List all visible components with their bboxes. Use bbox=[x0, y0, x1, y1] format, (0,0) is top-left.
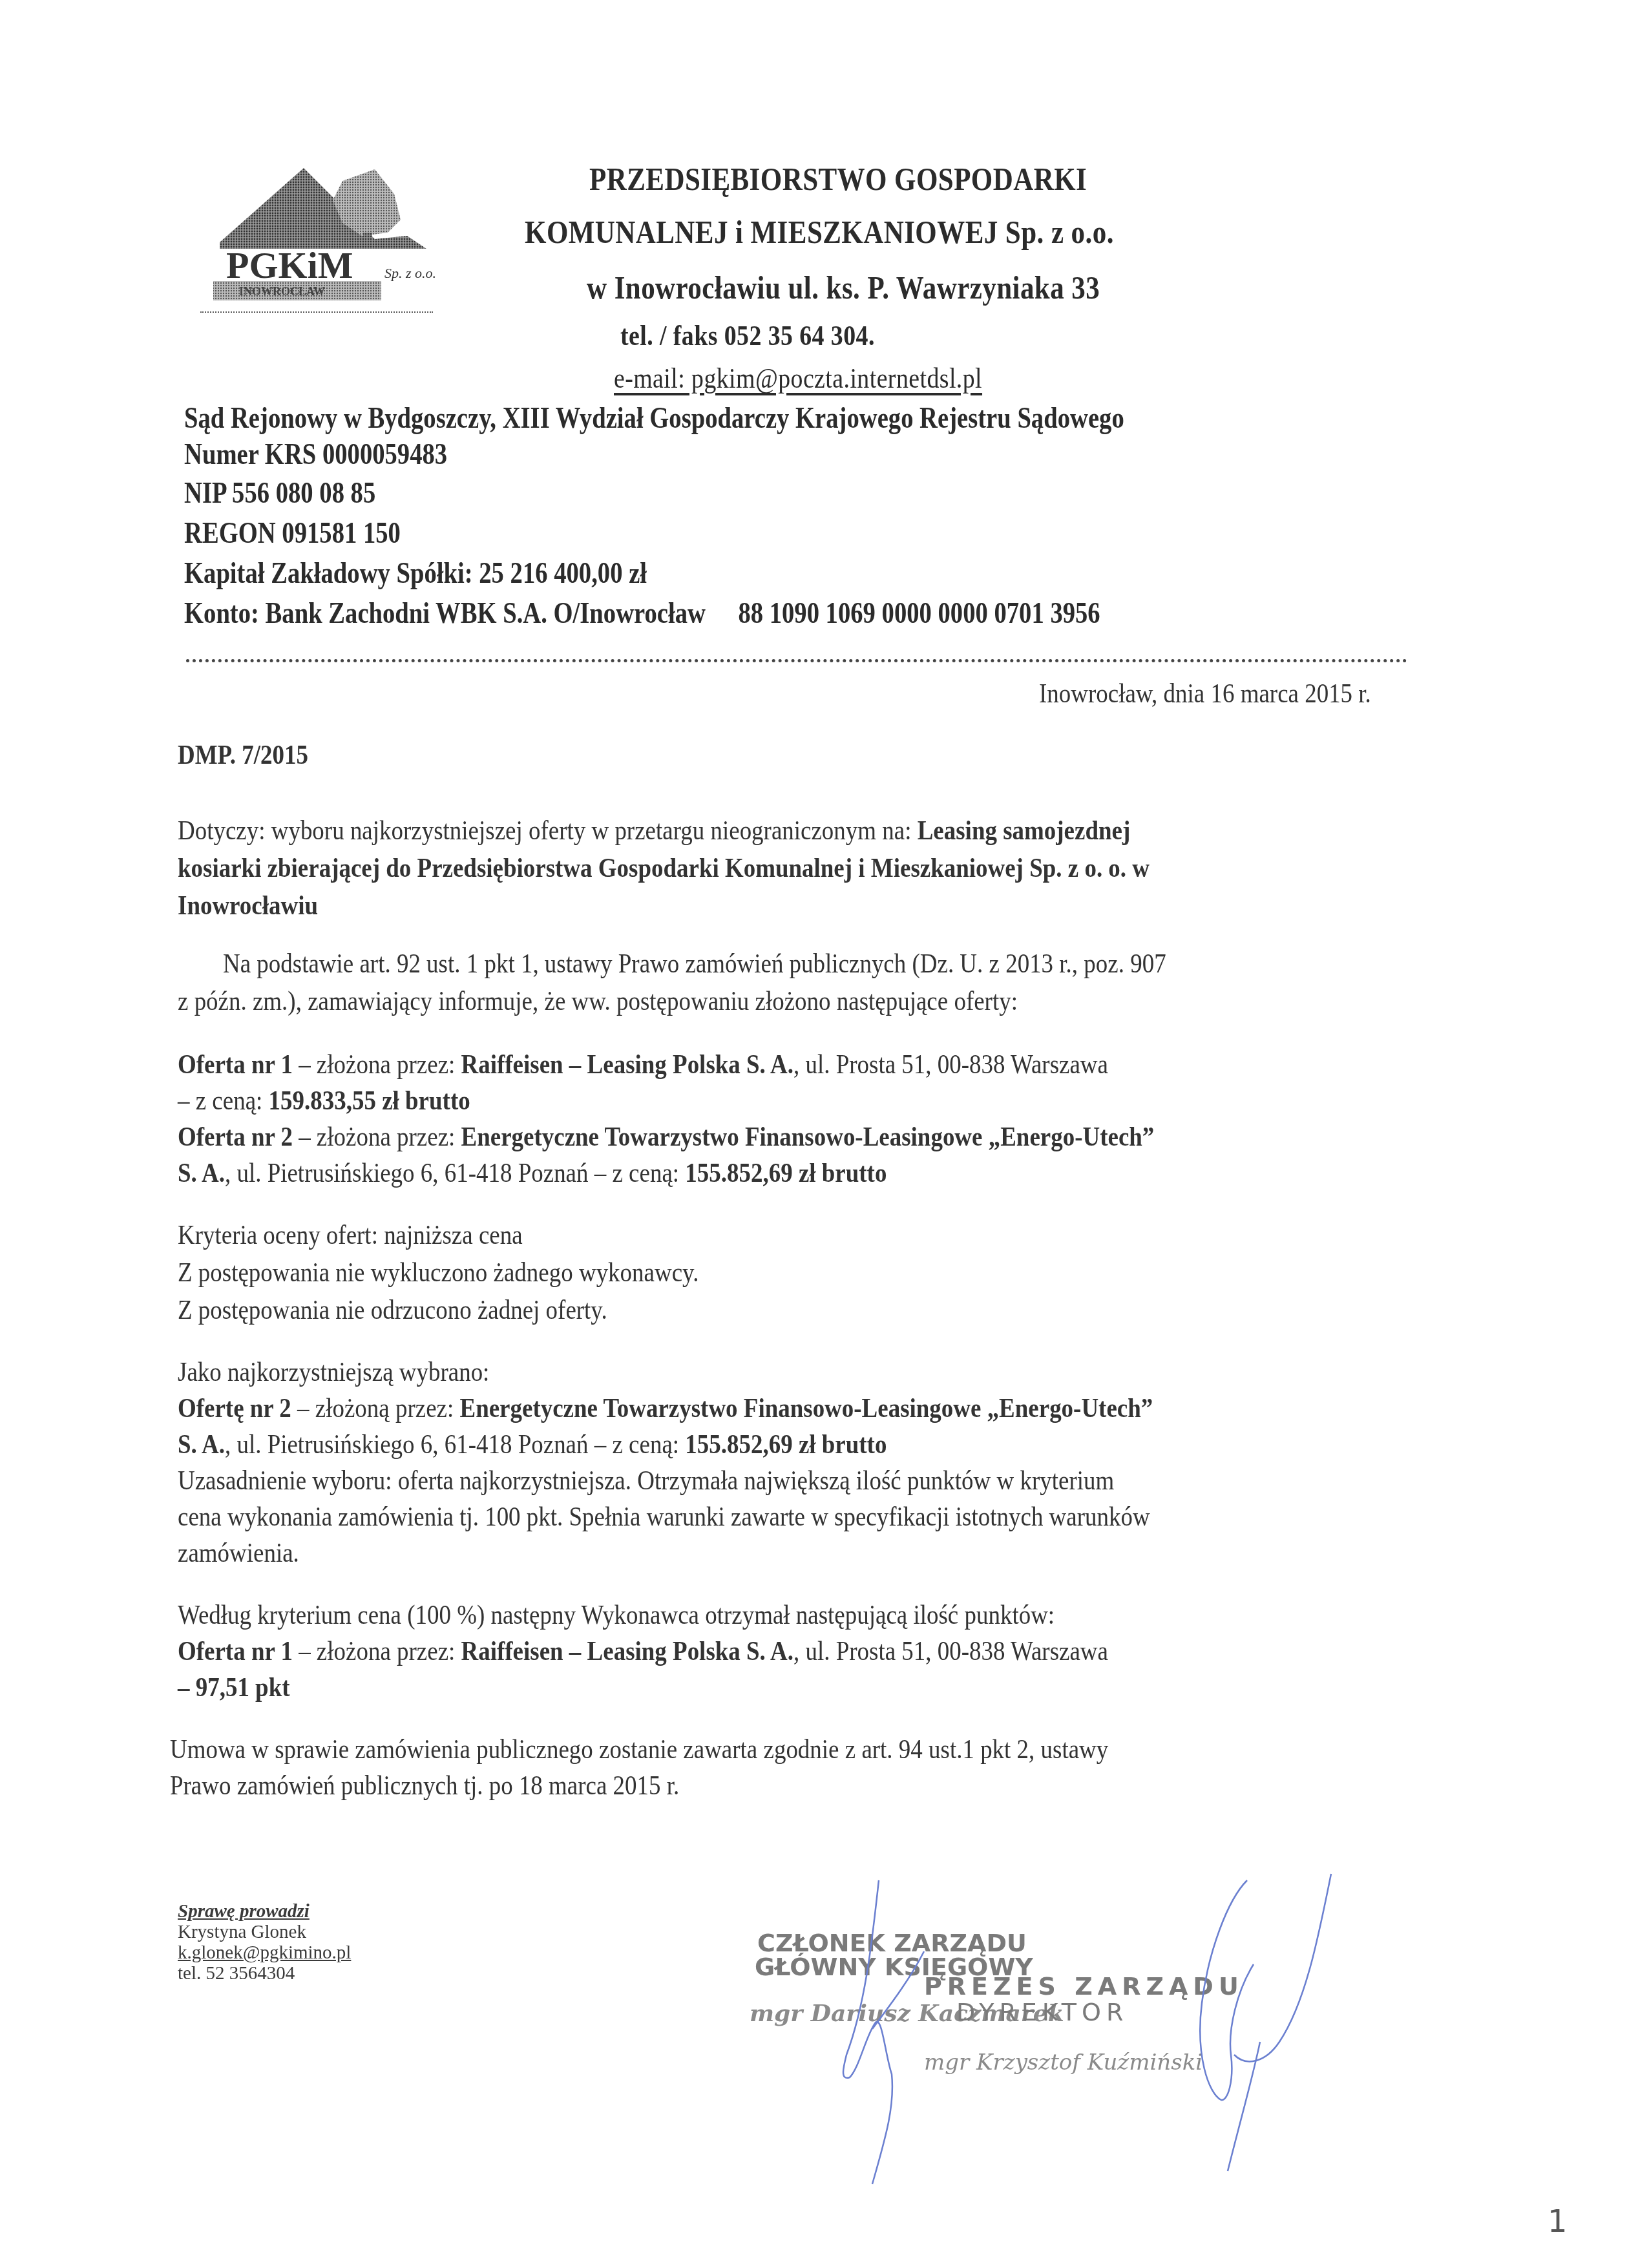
company-phone: tel. / faks 052 35 64 304. bbox=[620, 319, 875, 352]
points-label: Oferta nr 1 bbox=[178, 1637, 293, 1666]
handwritten-signatures bbox=[711, 1861, 1486, 2197]
subject-title-end: Inowrocławiu bbox=[178, 890, 318, 921]
offer-label: Oferta nr 2 bbox=[178, 1122, 293, 1152]
points-by: – złożona przez: bbox=[293, 1637, 461, 1666]
intro-paragraph-cont: z późn. zm.), zamawiający informuje, że … bbox=[178, 986, 1018, 1017]
bank-account: Konto: Bank Zachodni WBK S.A. O/Inowrocł… bbox=[184, 596, 1100, 630]
rejection-note: Z postępowania nie odrzucono żadnej ofer… bbox=[178, 1295, 607, 1326]
offer-2: Oferta nr 2 – złożona przez: Energetyczn… bbox=[178, 1122, 1154, 1153]
subject-title: Leasing samojezdnej bbox=[918, 816, 1131, 846]
exclusion-note: Z postępowania nie wykluczono żadnego wy… bbox=[178, 1257, 698, 1288]
offer-company: Raiffeisen – Leasing Polska S. A. bbox=[461, 1050, 793, 1080]
offer-address: , ul. Pietrusińskiego 6, 61-418 Poznań –… bbox=[225, 1159, 685, 1188]
offer-by: – złożona przez: bbox=[293, 1050, 461, 1080]
offer-company-suffix: S. A. bbox=[178, 1159, 225, 1188]
points-address: , ul. Prosta 51, 00-838 Warszawa bbox=[793, 1637, 1108, 1666]
svg-text:Sp. z o.o.: Sp. z o.o. bbox=[384, 265, 436, 281]
company-address: w Inowrocławiu ul. ks. P. Wawrzyniaka 33 bbox=[587, 269, 1100, 306]
company-logo: PGKiM INOWROCŁAW Sp. z o.o. bbox=[194, 155, 465, 317]
page-mark: 1 bbox=[1548, 2203, 1568, 2240]
offer-price: 155.852,69 zł brutto bbox=[685, 1159, 887, 1188]
krs-number: Numer KRS 0000059483 bbox=[184, 437, 447, 471]
points-company: Raiffeisen – Leasing Polska S. A. bbox=[461, 1637, 793, 1666]
subject-title-cont: kosiarki zbierającej do Przedsiębiorstwa… bbox=[178, 853, 1150, 884]
justification: Uzasadnienie wyboru: oferta najkorzystni… bbox=[178, 1465, 1114, 1496]
nip-number: NIP 556 080 08 85 bbox=[184, 476, 375, 510]
offer-price: 159.833,55 zł brutto bbox=[269, 1086, 470, 1116]
contract-note-cont: Prawo zamówień publicznych tj. po 18 mar… bbox=[170, 1770, 679, 1801]
intro-paragraph: Na podstawie art. 92 ust. 1 pkt 1, ustaw… bbox=[223, 949, 1166, 980]
svg-text:PGKiM: PGKiM bbox=[226, 244, 353, 286]
bank-name: Konto: Bank Zachodni WBK S.A. O/Inowrocł… bbox=[184, 596, 706, 629]
contact-heading: Sprawę prowadzi bbox=[178, 1901, 310, 1922]
court-registry: Sąd Rejonowy w Bydgoszczy, XIII Wydział … bbox=[184, 401, 1124, 435]
selected-offer: Ofertę nr 2 – złożoną przez: Energetyczn… bbox=[178, 1393, 1153, 1424]
points-intro: Według kryterium cena (100 %) następny W… bbox=[178, 1600, 1055, 1631]
selected-company: Energetyczne Towarzystwo Finansowo-Leasi… bbox=[459, 1394, 1153, 1423]
offer-1: Oferta nr 1 – złożona przez: Raiffeisen … bbox=[178, 1049, 1108, 1080]
offer-1-price: – z ceną: 159.833,55 zł brutto bbox=[178, 1086, 470, 1117]
offer-label: Oferta nr 1 bbox=[178, 1050, 293, 1080]
selected-company-suffix: S. A. bbox=[178, 1430, 225, 1460]
selection-intro: Jako najkorzystniejszą wybrano: bbox=[178, 1357, 489, 1388]
offer-address: , ul. Prosta 51, 00-838 Warszawa bbox=[793, 1050, 1108, 1080]
company-name-line1: PRZEDSIĘBIORSTWO GOSPODARKI bbox=[589, 160, 1087, 198]
share-capital: Kapitał Zakładowy Spółki: 25 216 400,00 … bbox=[184, 556, 647, 590]
offer-company: Energetyczne Towarzystwo Finansowo-Leasi… bbox=[461, 1122, 1155, 1152]
offer-by: – złożona przez: bbox=[293, 1122, 461, 1152]
letter-date: Inowrocław, dnia 16 marca 2015 r. bbox=[1039, 678, 1371, 709]
offer-2-price: S. A., ul. Pietrusińskiego 6, 61-418 Poz… bbox=[178, 1158, 887, 1189]
svg-text:INOWROCŁAW: INOWROCŁAW bbox=[239, 285, 325, 298]
header-separator bbox=[186, 659, 1407, 662]
account-number: 88 1090 1069 0000 0000 0701 3956 bbox=[738, 596, 1100, 629]
points-score: – 97,51 pkt bbox=[178, 1672, 290, 1703]
signature-right-icon bbox=[1200, 1874, 1331, 2171]
price-prefix: – z ceną: bbox=[178, 1086, 269, 1116]
points-offer: Oferta nr 1 – złożona przez: Raiffeisen … bbox=[178, 1636, 1108, 1667]
selected-label: Ofertę nr 2 bbox=[178, 1394, 291, 1423]
subject-label: Dotyczy: wyboru najkorzystniejszej ofert… bbox=[178, 816, 918, 846]
subject-line: Dotyczy: wyboru najkorzystniejszej ofert… bbox=[178, 815, 1130, 846]
signature-left-icon bbox=[843, 1880, 924, 2184]
contact-name: Krystyna Glonek bbox=[178, 1922, 306, 1943]
contact-phone: tel. 52 3564304 bbox=[178, 1963, 295, 1984]
contract-note: Umowa w sprawie zamówienia publicznego z… bbox=[170, 1734, 1108, 1765]
selected-address: , ul. Pietrusińskiego 6, 61-418 Poznań –… bbox=[225, 1430, 685, 1460]
company-name-line2: KOMUNALNEJ i MIESZKANIOWEJ Sp. z o.o. bbox=[525, 213, 1114, 251]
logo-divider bbox=[200, 311, 433, 313]
selected-price: 155.852,69 zł brutto bbox=[685, 1430, 887, 1460]
company-email-link[interactable]: e-mail: pgkim@poczta.internetdsl.pl bbox=[614, 362, 982, 395]
selected-offer-price: S. A., ul. Pietrusińskiego 6, 61-418 Poz… bbox=[178, 1429, 887, 1460]
reference-number: DMP. 7/2015 bbox=[178, 740, 308, 771]
regon-number: REGON 091581 150 bbox=[184, 516, 401, 550]
selected-by: – złożoną przez: bbox=[291, 1394, 460, 1423]
evaluation-criteria: Kryteria oceny ofert: najniższa cena bbox=[178, 1220, 523, 1251]
justification-cont: cena wykonania zamówienia tj. 100 pkt. S… bbox=[178, 1502, 1150, 1533]
contact-email-link[interactable]: k.glonek@pgkimino.pl bbox=[178, 1942, 351, 1964]
justification-end: zamówienia. bbox=[178, 1538, 299, 1569]
